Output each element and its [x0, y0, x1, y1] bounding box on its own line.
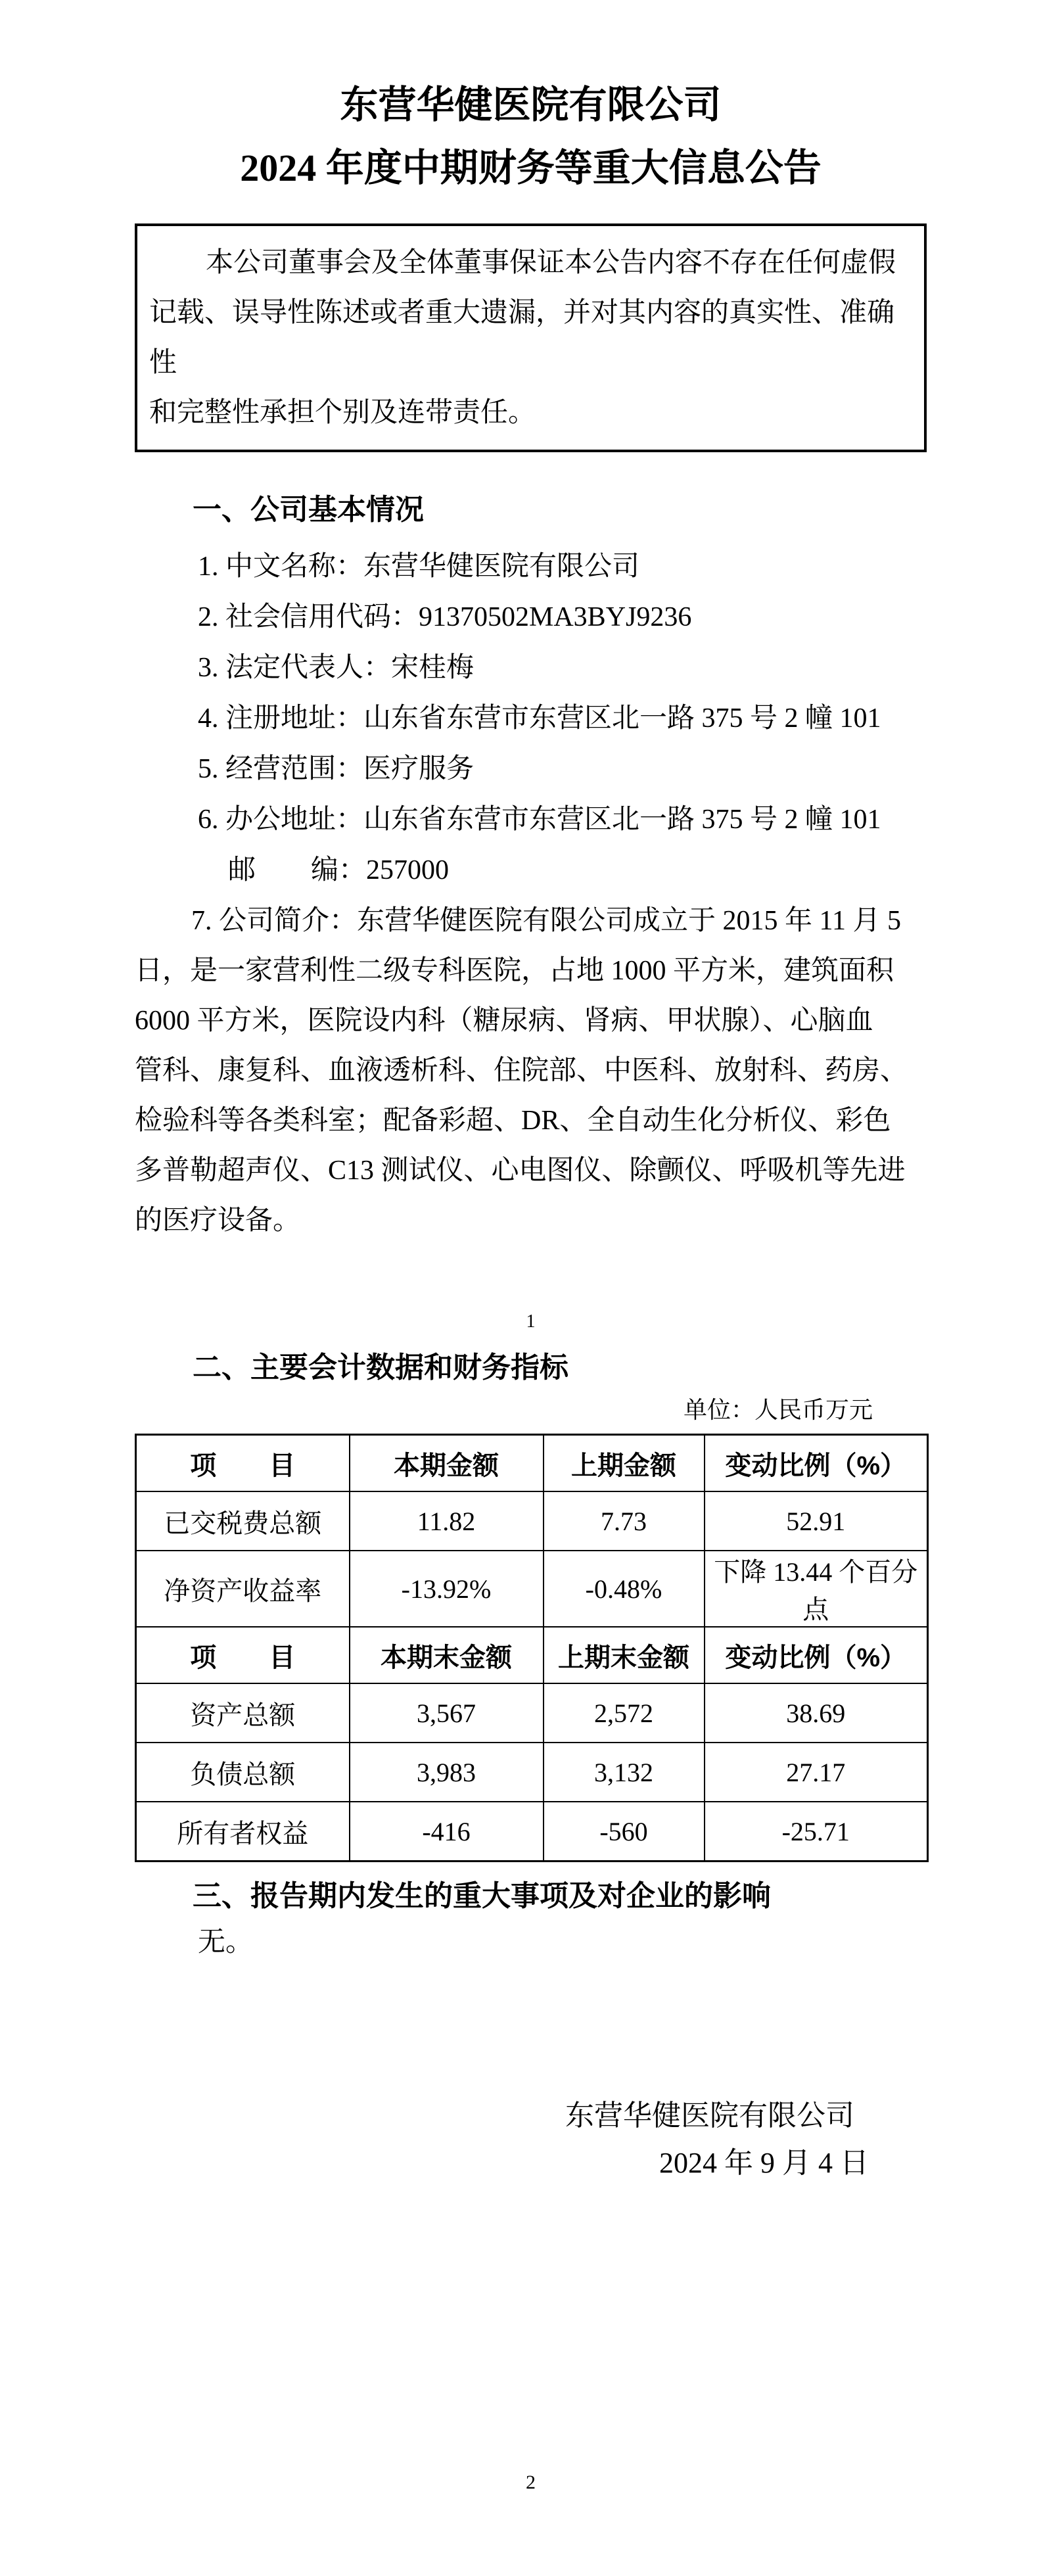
table-cell: 11.82 — [350, 1491, 544, 1551]
table-header-row-period-end: 项 目 本期末金额 上期末金额 变动比例（%） — [136, 1627, 928, 1683]
table-header-cell-prior-amount: 上期金额 — [544, 1435, 705, 1492]
page-number-1: 1 — [135, 1311, 927, 1332]
profile-line: 7. 公司简介：东营华健医院有限公司成立于 2015 年 11 月 5 — [135, 896, 927, 946]
table-cell: 27.17 — [705, 1743, 928, 1802]
company-profile-paragraph: 7. 公司简介：东营华健医院有限公司成立于 2015 年 11 月 5 日，是一… — [135, 896, 927, 1246]
company-info-item-credit-code: 2. 社会信用代码：91370502MA3BYJ9236 — [198, 592, 927, 643]
table-header-cell-change-ratio: 变动比例（%） — [705, 1627, 928, 1683]
table-cell: 资产总额 — [136, 1683, 350, 1743]
table-cell: -416 — [350, 1802, 544, 1862]
table-header-cell-prior-end-amount: 上期末金额 — [544, 1627, 705, 1683]
company-info-list: 1. 中文名称：东营华健医院有限公司 2. 社会信用代码：91370502MA3… — [135, 542, 927, 896]
section-heading-financial-indicators: 二、主要会计数据和财务指标 — [193, 1347, 927, 1389]
table-row-owners-equity: 所有者权益 -416 -560 -25.71 — [136, 1802, 928, 1862]
company-info-item-legal-representative: 3. 法定代表人：宋桂梅 — [198, 643, 927, 693]
section-heading-company-basics: 一、公司基本情况 — [193, 489, 927, 531]
financial-indicators-table: 项 目 本期金额 上期金额 变动比例（%） 已交税费总额 11.82 7.73 … — [135, 1434, 929, 1862]
currency-unit-note: 单位：人民币万元 — [135, 1394, 927, 1426]
section-heading-major-events: 三、报告期内发生的重大事项及对企业的影响 — [193, 1875, 927, 1917]
disclaimer-line: 记载、误导性陈述或者重大遗漏，并对其内容的真实性、准确性 — [149, 288, 914, 388]
table-cell: 下降 13.44 个百分点 — [705, 1551, 928, 1627]
document-content-column: 东营华健医院有限公司 2024 年度中期财务等重大信息公告 本公司董事会及全体董… — [135, 0, 927, 2187]
table-header-row-period: 项 目 本期金额 上期金额 变动比例（%） — [136, 1435, 928, 1492]
table-cell: 所有者权益 — [136, 1802, 350, 1862]
table-cell: -560 — [544, 1802, 705, 1862]
table-cell: 52.91 — [705, 1491, 928, 1551]
company-info-item-registered-address: 4. 注册地址：山东省东营市东营区北一路 375 号 2 幢 101 — [198, 693, 927, 744]
company-info-item-chinese-name: 1. 中文名称：东营华健医院有限公司 — [198, 542, 927, 592]
table-cell: -0.48% — [544, 1551, 705, 1627]
table-header-cell-current-end-amount: 本期末金额 — [350, 1627, 544, 1683]
table-header-cell-item: 项 目 — [136, 1627, 350, 1683]
disclaimer-line: 和完整性承担个别及连带责任。 — [149, 388, 914, 438]
table-row-total-assets: 资产总额 3,567 2,572 38.69 — [136, 1683, 928, 1743]
document-title-line-2: 2024 年度中期财务等重大信息公告 — [135, 137, 927, 200]
profile-line: 多普勒超声仪、C13 测试仪、心电图仪、除颤仪、呼吸机等先进 — [135, 1146, 927, 1196]
page-number-2: 2 — [135, 2471, 927, 2494]
table-row-roe: 净资产收益率 -13.92% -0.48% 下降 13.44 个百分点 — [136, 1551, 928, 1627]
table-cell: 7.73 — [544, 1491, 705, 1551]
table-cell: 3,132 — [544, 1743, 705, 1802]
disclaimer-box: 本公司董事会及全体董事保证本公告内容不存在任何虚假 记载、误导性陈述或者重大遗漏… — [135, 223, 927, 452]
company-info-item-business-scope: 5. 经营范围：医疗服务 — [198, 744, 927, 795]
table-header-cell-current-amount: 本期金额 — [350, 1435, 544, 1492]
profile-line: 检验科等各类科室；配备彩超、DR、全自动生化分析仪、彩色 — [135, 1096, 927, 1146]
table-cell: 已交税费总额 — [136, 1491, 350, 1551]
table-cell: -25.71 — [705, 1802, 928, 1862]
table-row-total-liabilities: 负债总额 3,983 3,132 27.17 — [136, 1743, 928, 1802]
table-cell: 3,983 — [350, 1743, 544, 1802]
document-title: 东营华健医院有限公司 2024 年度中期财务等重大信息公告 — [135, 0, 927, 200]
profile-line: 6000 平方米，医院设内科（糖尿病、肾病、甲状腺）、心脑血 — [135, 996, 927, 1046]
company-info-item-office-address: 6. 办公地址：山东省东营市东营区北一路 375 号 2 幢 101 — [198, 795, 927, 845]
table-cell: 净资产收益率 — [136, 1551, 350, 1627]
profile-line: 的医疗设备。 — [135, 1196, 927, 1246]
signature-block: 东营华健医院有限公司 2024 年 9 月 4 日 — [135, 2092, 927, 2187]
major-events-content: 无。 — [198, 1917, 927, 1967]
table-cell: 38.69 — [705, 1683, 928, 1743]
profile-line: 日，是一家营利性二级专科医院，占地 1000 平方米，建筑面积 — [135, 946, 927, 996]
signature-date: 2024 年 9 月 4 日 — [135, 2140, 927, 2187]
table-header-cell-item: 项 目 — [136, 1435, 350, 1492]
table-header-cell-change-ratio: 变动比例（%） — [705, 1435, 928, 1492]
table-cell: 负债总额 — [136, 1743, 350, 1802]
table-row-taxes-paid: 已交税费总额 11.82 7.73 52.91 — [136, 1491, 928, 1551]
profile-line: 管科、康复科、血液透析科、住院部、中医科、放射科、药房、 — [135, 1046, 927, 1096]
company-info-item-postcode: 邮 编：257000 — [228, 845, 927, 896]
table-cell: 3,567 — [350, 1683, 544, 1743]
table-cell: 2,572 — [544, 1683, 705, 1743]
announcement-document-page: 东营华健医院有限公司 2024 年度中期财务等重大信息公告 本公司董事会及全体董… — [0, 0, 1043, 2576]
disclaimer-line: 本公司董事会及全体董事保证本公告内容不存在任何虚假 — [149, 238, 914, 288]
table-cell: -13.92% — [350, 1551, 544, 1627]
signature-company: 东营华健医院有限公司 — [135, 2092, 927, 2140]
document-title-line-1: 东营华健医院有限公司 — [135, 74, 927, 137]
